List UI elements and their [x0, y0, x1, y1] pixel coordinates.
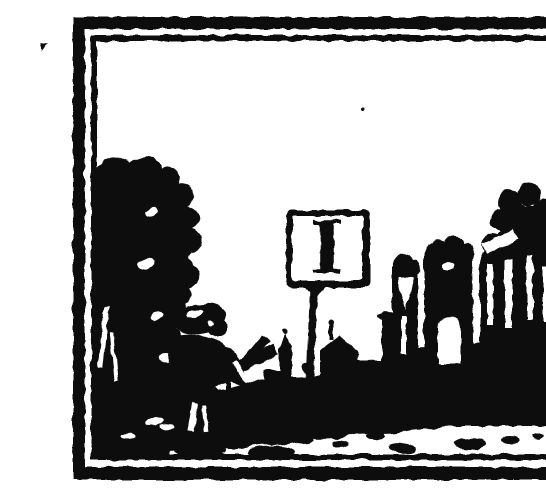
engraving-canvas: I	[40, 16, 546, 483]
border-nick	[208, 17, 214, 20]
stray-ink-tick	[41, 42, 48, 51]
woodcut-engraving: I	[40, 16, 546, 483]
woodcut-scene: I	[41, 16, 546, 480]
ink-speck	[360, 107, 364, 111]
initial-letter: I	[310, 205, 344, 290]
arch-opening	[438, 317, 461, 364]
ruin-pier	[392, 254, 421, 364]
spire	[329, 324, 333, 340]
broken-column	[382, 318, 393, 360]
border-nick	[190, 16, 202, 20]
